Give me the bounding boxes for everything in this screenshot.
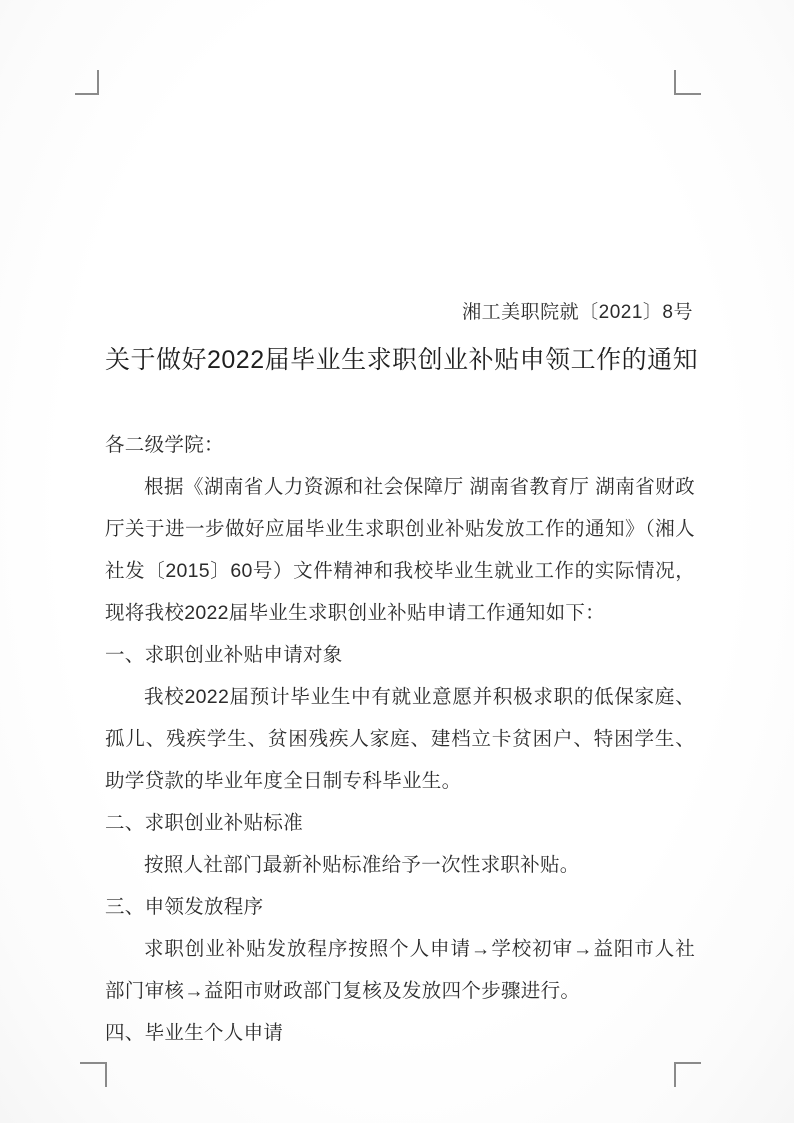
section3-paragraph: 求职创业补贴发放程序按照个人申请→学校初审→益阳市人社部门审核→益阳市财政部门复…: [105, 928, 695, 1012]
section2-heading: 二、求职创业补贴标准: [105, 802, 695, 844]
crop-mark-bottom-right: [674, 1062, 701, 1087]
section2-paragraph: 按照人社部门最新补贴标准给予一次性求职补贴。: [105, 844, 695, 886]
section4-heading: 四、毕业生个人申请: [105, 1012, 695, 1054]
intro-paragraph: 根据《湖南省人力资源和社会保障厅 湖南省教育厅 湖南省财政厅关于进一步做好应届毕…: [105, 466, 695, 634]
salutation: 各二级学院：: [105, 424, 695, 466]
document-content: 湘工美职院就〔2021〕8号 关于做好2022届毕业生求职创业补贴申领工作的通知…: [105, 300, 695, 1054]
document-title: 关于做好2022届毕业生求职创业补贴申领工作的通知: [105, 342, 695, 378]
crop-mark-bottom-left: [80, 1062, 107, 1087]
document-page: 湘工美职院就〔2021〕8号 关于做好2022届毕业生求职创业补贴申领工作的通知…: [0, 0, 794, 1123]
section3-heading: 三、申领发放程序: [105, 886, 695, 928]
document-body: 各二级学院： 根据《湖南省人力资源和社会保障厅 湖南省教育厅 湖南省财政厅关于进…: [105, 424, 695, 1054]
crop-mark-top-right: [674, 70, 701, 95]
document-number: 湘工美职院就〔2021〕8号: [105, 300, 695, 326]
section1-heading: 一、求职创业补贴申请对象: [105, 634, 695, 676]
crop-mark-top-left: [75, 70, 99, 95]
section1-paragraph: 我校2022届预计毕业生中有就业意愿并积极求职的低保家庭、孤儿、残疾学生、贫困残…: [105, 676, 695, 802]
